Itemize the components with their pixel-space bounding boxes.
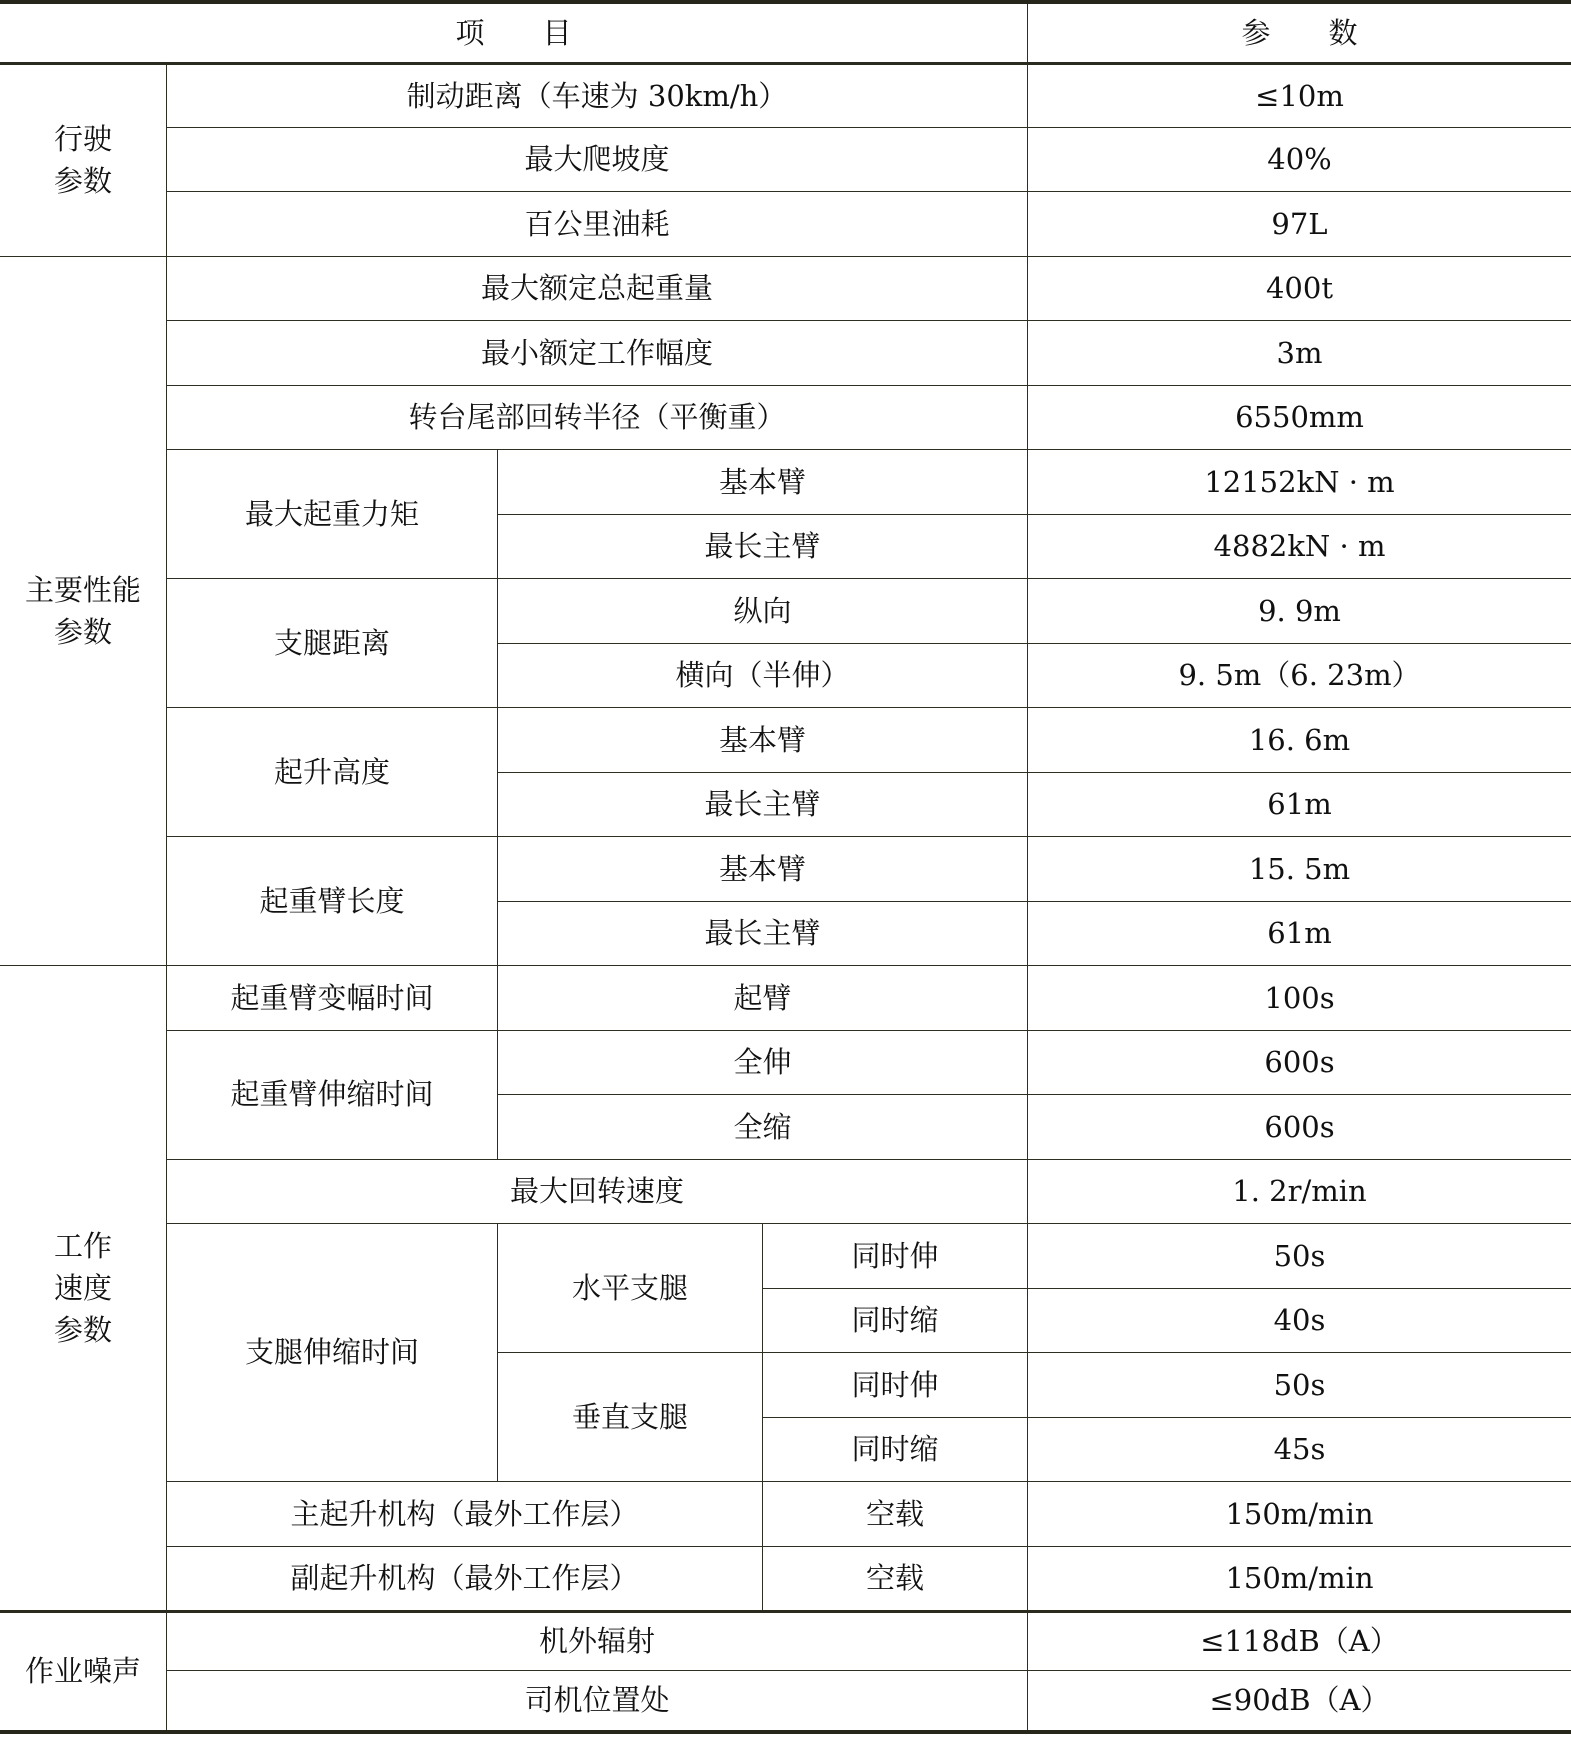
value-braking-distance: ≤10m <box>1027 62 1571 127</box>
label-vertical-outrigger: 垂直支腿 <box>497 1352 762 1481</box>
sublabel-h-retract: 同时缩 <box>762 1288 1027 1353</box>
header-param: 参 数 <box>1027 4 1571 62</box>
label-slewing-speed: 最大回转速度 <box>166 1159 1027 1224</box>
group-driving: 行驶 参数 <box>0 62 166 256</box>
label-tail-swing: 转台尾部回转半径（平衡重） <box>166 385 1027 450</box>
value-max-gradeability: 40% <box>1027 127 1571 192</box>
label-boom-length: 起重臂长度 <box>166 836 497 965</box>
bottom-rule <box>0 1730 1571 1734</box>
label-braking-distance: 制动距离（车速为 30km/h） <box>166 62 1027 127</box>
label-max-rated-lifting: 最大额定总起重量 <box>166 256 1027 321</box>
value-moment-basic: 12152kN · m <box>1027 449 1571 514</box>
value-full-retract: 600s <box>1027 1094 1571 1159</box>
label-luffing-time: 起重臂变幅时间 <box>166 965 497 1030</box>
sublabel-full-extend: 全伸 <box>497 1030 1027 1095</box>
label-main-hoist: 主起升机构（最外工作层） <box>166 1481 762 1546</box>
sublabel-v-extend: 同时伸 <box>762 1352 1027 1417</box>
label-noise-driver: 司机位置处 <box>166 1670 1027 1730</box>
value-height-longest: 61m <box>1027 772 1571 837</box>
value-span-transverse: 9. 5m（6. 23m） <box>1027 643 1571 708</box>
value-main-hoist: 150m/min <box>1027 1481 1571 1546</box>
value-min-radius: 3m <box>1027 320 1571 385</box>
value-aux-hoist: 150m/min <box>1027 1546 1571 1611</box>
sublabel-h-extend: 同时伸 <box>762 1223 1027 1288</box>
value-h-retract: 40s <box>1027 1288 1571 1353</box>
label-aux-hoist: 副起升机构（最外工作层） <box>166 1546 762 1611</box>
sublabel-height-basic: 基本臂 <box>497 707 1027 772</box>
sublabel-moment-longest: 最长主臂 <box>497 514 1027 579</box>
label-telescoping-time: 起重臂伸缩时间 <box>166 1030 497 1159</box>
group-noise: 作业噪声 <box>0 1610 166 1730</box>
header-item: 项 目 <box>0 4 1027 62</box>
sublabel-height-longest: 最长主臂 <box>497 772 1027 837</box>
sublabel-v-retract: 同时缩 <box>762 1417 1027 1482</box>
value-h-extend: 50s <box>1027 1223 1571 1288</box>
sublabel-moment-basic: 基本臂 <box>497 449 1027 514</box>
label-horizontal-outrigger: 水平支腿 <box>497 1223 762 1352</box>
label-min-radius: 最小额定工作幅度 <box>166 320 1027 385</box>
crane-spec-table: 项 目 参 数 行驶 参数 制动距离（车速为 30km/h） ≤10m 最大爬坡… <box>0 0 1571 1738</box>
sublabel-span-transverse: 横向（半伸） <box>497 643 1027 708</box>
value-tail-swing: 6550mm <box>1027 385 1571 450</box>
value-boom-basic: 15. 5m <box>1027 836 1571 901</box>
value-v-retract: 45s <box>1027 1417 1571 1482</box>
value-span-longitudinal: 9. 9m <box>1027 578 1571 643</box>
value-moment-longest: 4882kN · m <box>1027 514 1571 579</box>
sublabel-aux-hoist: 空载 <box>762 1546 1027 1611</box>
sublabel-boom-longest: 最长主臂 <box>497 901 1027 966</box>
label-noise-external: 机外辐射 <box>166 1610 1027 1670</box>
sublabel-full-retract: 全缩 <box>497 1094 1027 1159</box>
value-v-extend: 50s <box>1027 1352 1571 1417</box>
value-max-rated-lifting: 400t <box>1027 256 1571 321</box>
label-outrigger-time: 支腿伸缩时间 <box>166 1223 497 1481</box>
group-performance: 主要性能 参数 <box>0 256 166 966</box>
value-boom-longest: 61m <box>1027 901 1571 966</box>
label-fuel: 百公里油耗 <box>166 191 1027 256</box>
sublabel-boom-basic: 基本臂 <box>497 836 1027 901</box>
value-full-extend: 600s <box>1027 1030 1571 1095</box>
label-lifting-height: 起升高度 <box>166 707 497 836</box>
sublabel-luffing-raise: 起臂 <box>497 965 1027 1030</box>
value-noise-driver: ≤90dB（A） <box>1027 1670 1571 1730</box>
label-outrigger-span: 支腿距离 <box>166 578 497 707</box>
label-max-load-moment: 最大起重力矩 <box>166 449 497 578</box>
value-fuel: 97L <box>1027 191 1571 256</box>
sublabel-main-hoist: 空载 <box>762 1481 1027 1546</box>
value-noise-external: ≤118dB（A） <box>1027 1610 1571 1670</box>
sublabel-span-longitudinal: 纵向 <box>497 578 1027 643</box>
value-height-basic: 16. 6m <box>1027 707 1571 772</box>
label-max-gradeability: 最大爬坡度 <box>166 127 1027 192</box>
value-luffing-time: 100s <box>1027 965 1571 1030</box>
group-speed: 工作 速度 参数 <box>0 965 166 1610</box>
value-slewing-speed: 1. 2r/min <box>1027 1159 1571 1224</box>
